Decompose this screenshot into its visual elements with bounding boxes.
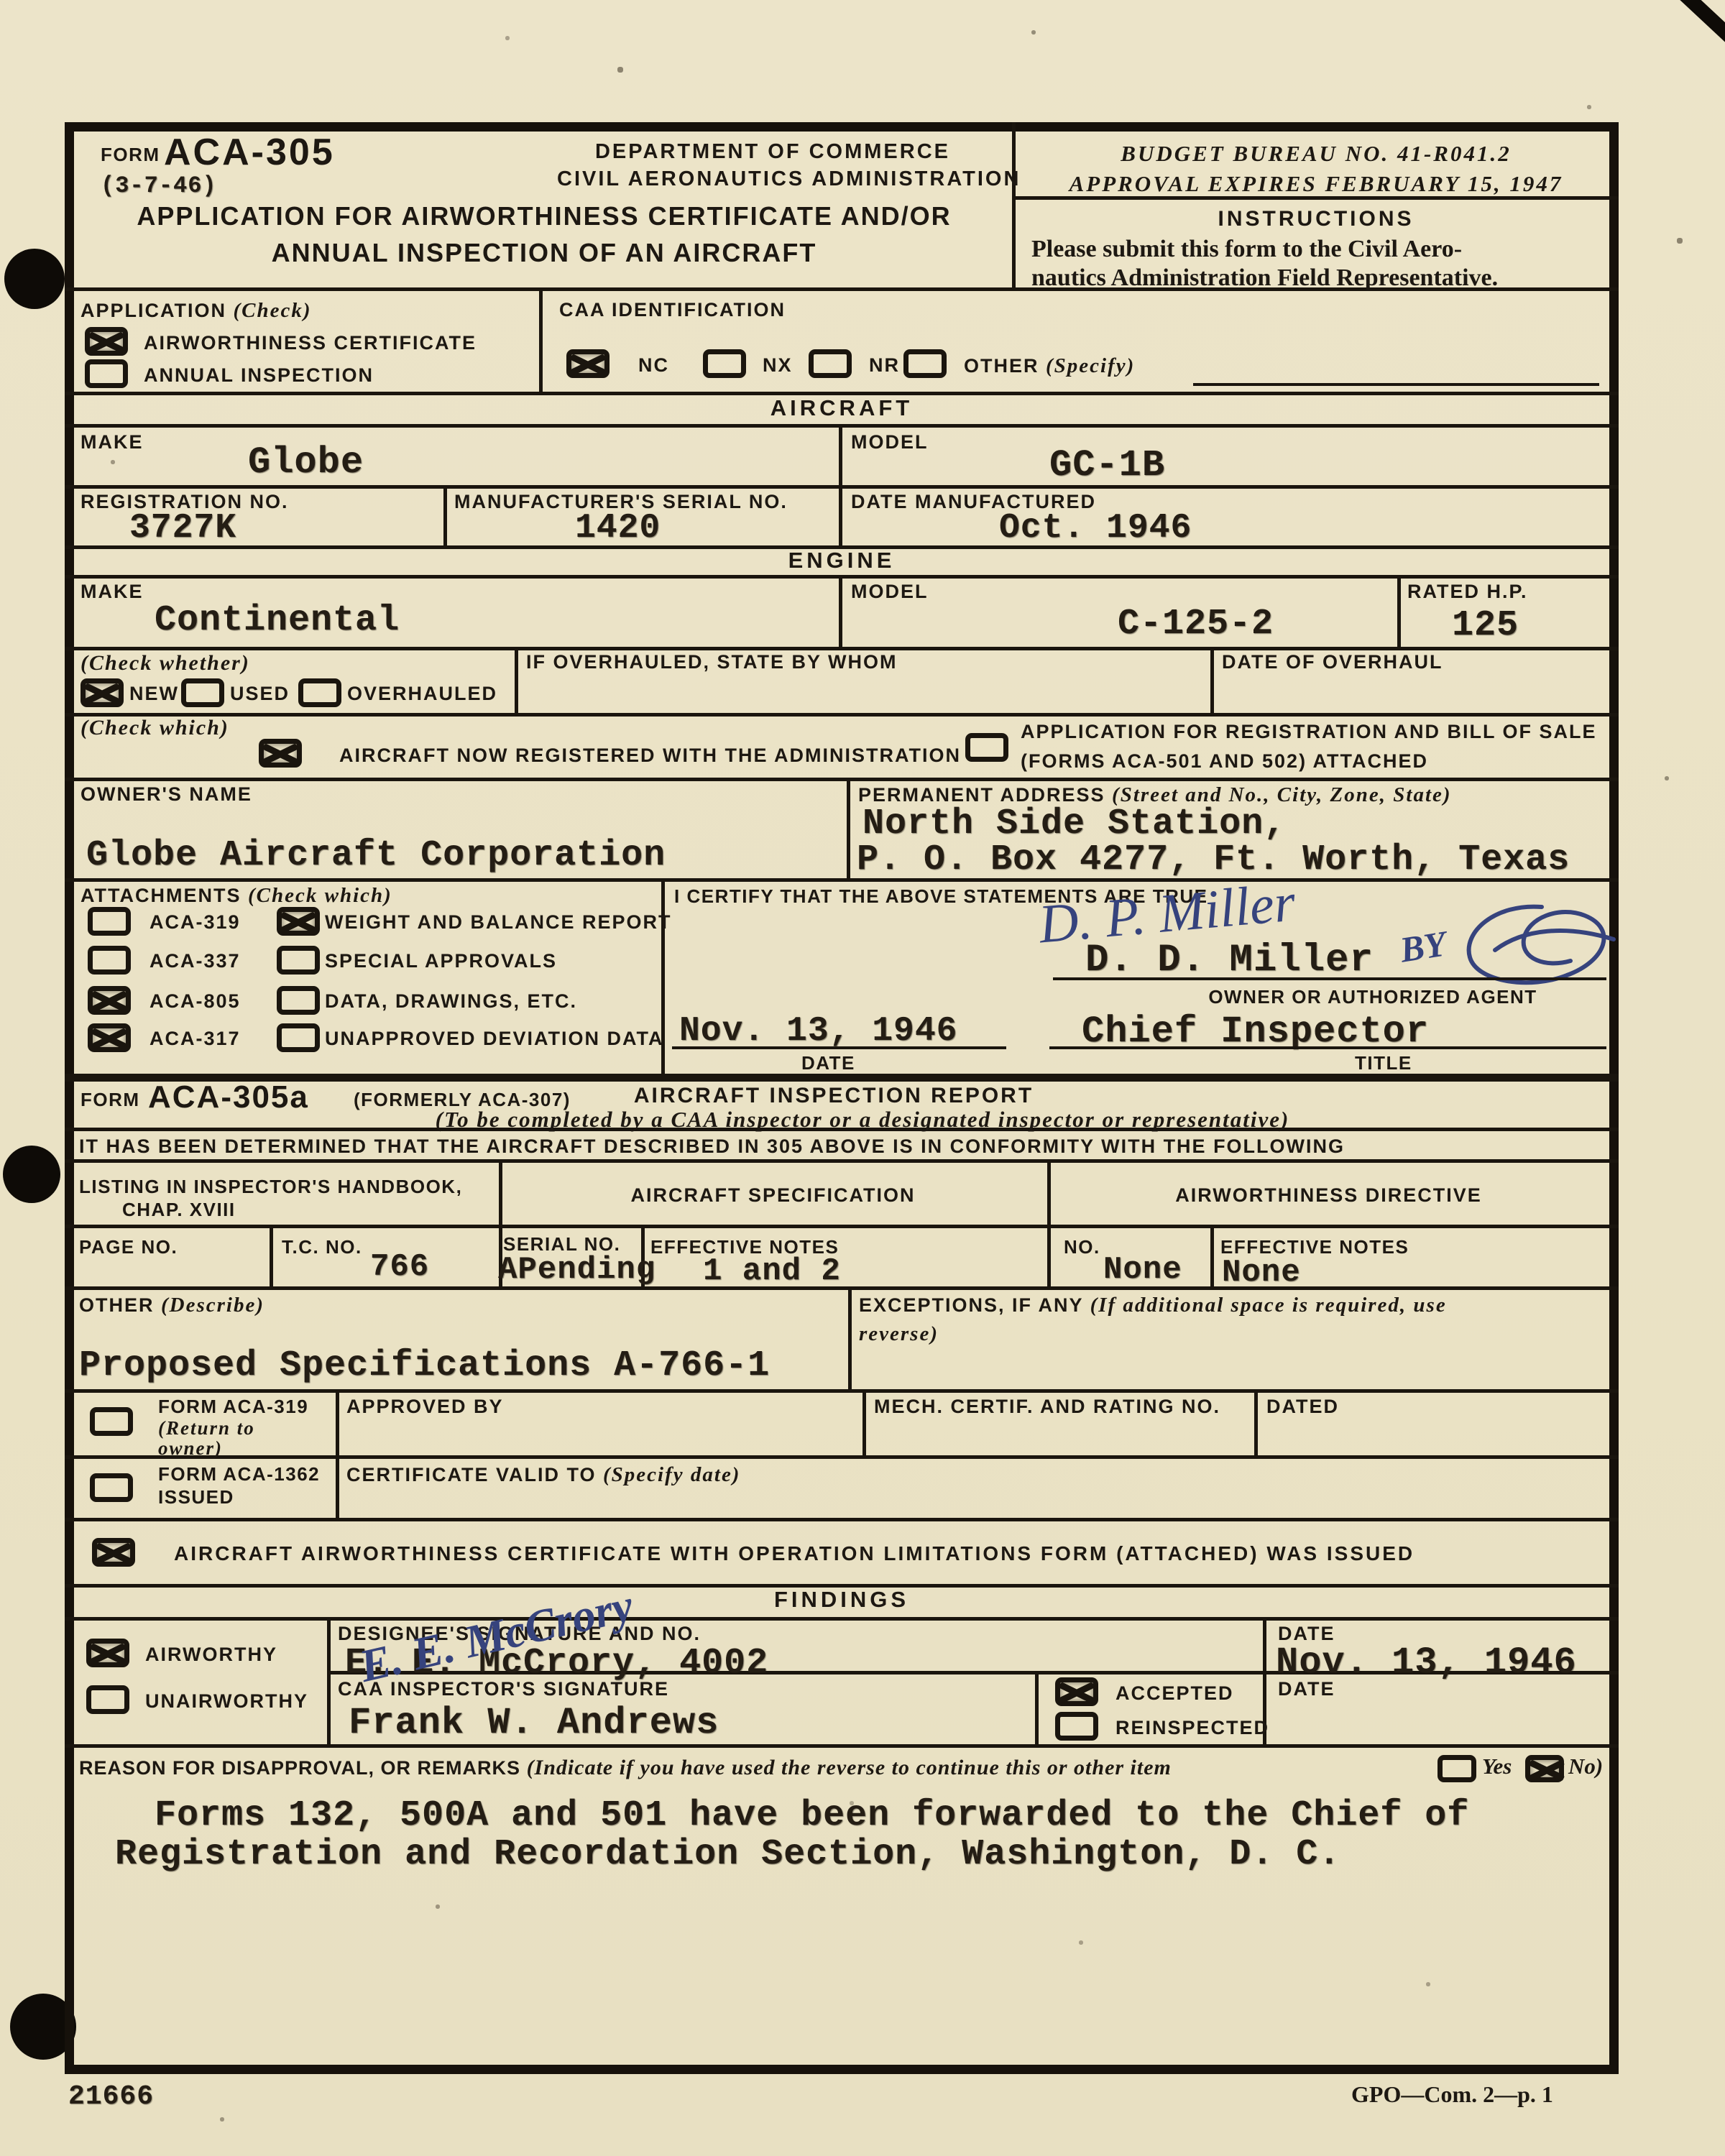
owner-signature-line bbox=[1053, 977, 1606, 980]
grid-line bbox=[839, 575, 842, 647]
instructions-title: INSTRUCTIONS bbox=[1021, 207, 1611, 231]
findings-section-banner: FINDINGS bbox=[65, 1587, 1619, 1613]
other-id-label-main: OTHER bbox=[964, 355, 1039, 377]
grid-line bbox=[539, 287, 543, 392]
engine-used-label: USED bbox=[230, 683, 290, 705]
owner-agent-label: OWNER OR AUTHORIZED AGENT bbox=[1121, 986, 1624, 1008]
budget-bureau-line2: APPROVAL EXPIRES FEBRUARY 15, 1947 bbox=[1021, 171, 1611, 197]
department-line2: CIVIL AERONAUTICS ADMINISTRATION bbox=[557, 167, 988, 191]
overhaul-date-label: DATE OF OVERHAUL bbox=[1222, 651, 1443, 673]
page-no-label: PAGE NO. bbox=[79, 1236, 178, 1258]
aca-337-label: ACA-337 bbox=[149, 950, 241, 972]
spec-serial-value: APending bbox=[498, 1252, 655, 1288]
engine-used-checkbox[interactable] bbox=[181, 678, 224, 707]
footer-serial: 21666 bbox=[68, 2081, 154, 2112]
findings-date2-label: DATE bbox=[1278, 1678, 1335, 1700]
registration-application-checkbox[interactable] bbox=[965, 733, 1008, 762]
unapproved-deviation-checkbox[interactable] bbox=[277, 1023, 320, 1052]
aircraft-model-label: MODEL bbox=[851, 431, 929, 453]
exceptions-label-main: EXCEPTIONS, IF ANY bbox=[859, 1294, 1083, 1316]
engine-make-value: Continental bbox=[155, 600, 400, 641]
grid-line bbox=[1210, 647, 1214, 713]
engine-overhauled-label: OVERHAULED bbox=[347, 683, 497, 705]
budget-bureau-line1: BUDGET BUREAU NO. 41-R041.2 bbox=[1021, 141, 1611, 167]
aca-805-label: ACA-805 bbox=[149, 990, 241, 1013]
rated-hp-value: 125 bbox=[1452, 605, 1519, 646]
owner-name-value: Globe Aircraft Corporation bbox=[86, 835, 666, 876]
tc-no-value: 766 bbox=[370, 1249, 429, 1285]
grid-line bbox=[65, 1286, 1619, 1290]
reason-remarks-label: REASON FOR DISAPPROVAL, OR REMARKS (Indi… bbox=[79, 1756, 1172, 1780]
reason-remarks-label-main: REASON FOR DISAPPROVAL, OR REMARKS bbox=[79, 1757, 520, 1779]
mech-certif-label: MECH. CERTIF. AND RATING NO. bbox=[874, 1396, 1220, 1418]
determination-statement: IT HAS BEEN DETERMINED THAT THE AIRCRAFT… bbox=[79, 1135, 1345, 1158]
grid-line bbox=[65, 713, 1619, 717]
form-title-line1: APPLICATION FOR AIRWORTHINESS CERTIFICAT… bbox=[113, 201, 975, 231]
check-which-label: (Check which) bbox=[80, 716, 229, 740]
col-listing-line1: LISTING IN INSPECTOR'S HANDBOOK, bbox=[79, 1176, 462, 1198]
aca-805-checkbox[interactable] bbox=[88, 986, 131, 1015]
overhauled-by-label: IF OVERHAULED, STATE BY WHOM bbox=[526, 651, 898, 673]
other-id-fill-line bbox=[1193, 383, 1599, 386]
grid-line bbox=[1254, 1389, 1258, 1455]
form-319-hint1: (Return to bbox=[158, 1417, 255, 1439]
inspection-title: AIRCRAFT INSPECTION REPORT bbox=[546, 1084, 1121, 1108]
nx-label: NX bbox=[763, 354, 793, 377]
grid-line bbox=[327, 1617, 331, 1744]
grid-line bbox=[65, 1617, 1619, 1621]
caa-inspector-signature-value: Frank W. Andrews bbox=[349, 1702, 719, 1744]
grid-line bbox=[65, 1389, 1619, 1393]
certificate-valid-label: CERTIFICATE VALID TO (Specify date) bbox=[346, 1463, 740, 1487]
airworthiness-certificate-checkbox[interactable] bbox=[85, 327, 128, 356]
registered-label: AIRCRAFT NOW REGISTERED WITH THE ADMINIS… bbox=[339, 745, 961, 767]
grid-line bbox=[839, 424, 842, 545]
aca-319-label: ACA-319 bbox=[149, 911, 241, 934]
col-directive: AIRWORTHINESS DIRECTIVE bbox=[1047, 1184, 1610, 1207]
form-1362-label2: ISSUED bbox=[158, 1486, 234, 1508]
directive-notes-value: None bbox=[1222, 1255, 1301, 1291]
certification-title-label: TITLE bbox=[1355, 1052, 1412, 1074]
hole-punch-middle bbox=[3, 1146, 60, 1203]
engine-new-label: NEW bbox=[129, 683, 179, 705]
form-title-line2: ANNUAL INSPECTION OF AN AIRCRAFT bbox=[113, 238, 975, 268]
grid-line bbox=[65, 1744, 1619, 1748]
dated-label: DATED bbox=[1266, 1396, 1339, 1418]
reverse-no-checkbox[interactable] bbox=[1525, 1755, 1564, 1782]
scanned-form-page: FORM ACA-305 (3-7-46) DEPARTMENT OF COMM… bbox=[0, 0, 1725, 2156]
owner-signature-typed: D. D. Miller bbox=[1085, 939, 1374, 982]
aca-317-label: ACA-317 bbox=[149, 1028, 241, 1050]
tc-no-label: T.C. NO. bbox=[282, 1236, 362, 1258]
grid-line bbox=[848, 1286, 852, 1389]
registration-application-line2: (FORMS ACA-501 AND 502) ATTACHED bbox=[1021, 750, 1428, 773]
registered-checkbox[interactable] bbox=[259, 739, 302, 768]
accepted-label: ACCEPTED bbox=[1115, 1682, 1234, 1705]
grid-line bbox=[65, 647, 1619, 650]
form-319-hint2: owner) bbox=[158, 1437, 223, 1460]
directive-no-label: NO. bbox=[1064, 1236, 1100, 1258]
application-label-main: APPLICATION bbox=[80, 300, 226, 321]
grid-line bbox=[65, 1455, 1619, 1459]
unapproved-deviation-label: UNAPPROVED DEVIATION DATA bbox=[325, 1028, 664, 1050]
date-manufactured-value: Oct. 1946 bbox=[999, 509, 1192, 548]
attachments-label-main: ATTACHMENTS bbox=[80, 885, 241, 906]
grid-line bbox=[1047, 1159, 1051, 1286]
aca-317-checkbox[interactable] bbox=[88, 1023, 131, 1052]
grid-line bbox=[1012, 122, 1016, 287]
rated-hp-label: RATED H.P. bbox=[1407, 581, 1528, 603]
nc-checkbox[interactable] bbox=[566, 349, 609, 378]
department-line1: DEPARTMENT OF COMMERCE bbox=[557, 140, 988, 164]
form-number: ACA-305 bbox=[164, 131, 335, 174]
exceptions-label-line1: EXCEPTIONS, IF ANY (If additional space … bbox=[859, 1294, 1447, 1317]
approved-by-label: APPROVED BY bbox=[346, 1396, 504, 1418]
other-id-label-hint: (Specify) bbox=[1046, 354, 1135, 377]
grid-line bbox=[443, 485, 447, 545]
certification-date-value: Nov. 13, 1946 bbox=[679, 1012, 957, 1051]
form-1362-label: FORM ACA-1362 bbox=[158, 1463, 320, 1485]
form-revision: (3-7-46) bbox=[101, 172, 217, 199]
grid-line bbox=[65, 1225, 1619, 1228]
form-number-label: FORM bbox=[101, 144, 160, 166]
other-describe-label: OTHER (Describe) bbox=[79, 1294, 264, 1317]
col-listing-line2: CHAP. XVIII bbox=[122, 1199, 236, 1221]
grid-line bbox=[65, 778, 1619, 781]
spec-notes-value: 1 and 2 bbox=[703, 1253, 841, 1289]
inspection-subtitle: (To be completed by a CAA inspector or a… bbox=[180, 1107, 1545, 1133]
exceptions-label-line2: reverse) bbox=[859, 1322, 939, 1346]
reverse-yes-label: Yes bbox=[1482, 1754, 1512, 1779]
certificate-valid-label-hint: (Specify date) bbox=[603, 1463, 740, 1486]
owner-name-label: OWNER'S NAME bbox=[80, 783, 252, 806]
engine-new-checkbox[interactable] bbox=[80, 678, 124, 707]
other-describe-value: Proposed Specifications A-766-1 bbox=[79, 1345, 770, 1386]
aircraft-model-value: GC-1B bbox=[1049, 444, 1165, 487]
other-id-checkbox[interactable] bbox=[903, 349, 947, 378]
attachments-label-hint: (Check which) bbox=[248, 884, 392, 907]
grid-line bbox=[862, 1389, 866, 1455]
application-label: APPLICATION (Check) bbox=[80, 299, 312, 323]
other-describe-label-hint: (Describe) bbox=[161, 1294, 264, 1317]
form-1362-checkbox[interactable] bbox=[90, 1473, 133, 1502]
special-approvals-checkbox[interactable] bbox=[277, 946, 320, 975]
reinspected-label: REINSPECTED bbox=[1115, 1717, 1269, 1739]
airworthy-label: AIRWORTHY bbox=[145, 1644, 277, 1666]
weight-balance-label: WEIGHT AND BALANCE REPORT bbox=[325, 911, 672, 934]
aircraft-section-banner: AIRCRAFT bbox=[65, 395, 1619, 421]
owner-address-line2: P. O. Box 4277, Ft. Worth, Texas bbox=[857, 839, 1570, 880]
remarks-line2: Registration and Recordation Section, Wa… bbox=[115, 1834, 1340, 1875]
grid-line bbox=[1210, 1225, 1214, 1286]
page-corner-mark bbox=[1665, 0, 1725, 65]
grid-line bbox=[65, 1159, 1619, 1163]
attachments-label: ATTACHMENTS (Check which) bbox=[80, 884, 392, 908]
aca-319-checkbox[interactable] bbox=[88, 907, 131, 936]
reverse-yes-checkbox[interactable] bbox=[1437, 1755, 1476, 1782]
engine-make-label: MAKE bbox=[80, 581, 144, 603]
certification-date-label: DATE bbox=[801, 1052, 855, 1074]
certificate-valid-label-main: CERTIFICATE VALID TO bbox=[346, 1464, 597, 1485]
reinspected-checkbox[interactable] bbox=[1055, 1712, 1098, 1741]
aircraft-make-label: MAKE bbox=[80, 431, 144, 453]
accepted-checkbox[interactable] bbox=[1055, 1677, 1098, 1706]
nr-label: NR bbox=[869, 354, 900, 377]
grid-line bbox=[515, 647, 518, 713]
weight-balance-checkbox[interactable] bbox=[277, 907, 320, 936]
owner-address-line1: North Side Station, bbox=[862, 803, 1286, 844]
grid-line bbox=[336, 1389, 339, 1518]
other-describe-label-main: OTHER bbox=[79, 1294, 155, 1316]
hole-punch-top bbox=[4, 249, 65, 309]
data-drawings-label: DATA, DRAWINGS, ETC. bbox=[325, 990, 577, 1013]
engine-model-value: C-125-2 bbox=[1118, 604, 1274, 645]
registration-no-value: 3727K bbox=[129, 509, 236, 548]
engine-section-banner: ENGINE bbox=[65, 548, 1619, 573]
annual-inspection-label: ANNUAL INSPECTION bbox=[144, 364, 374, 387]
certificate-issued-checkbox[interactable] bbox=[92, 1538, 135, 1567]
aca-337-checkbox[interactable] bbox=[88, 946, 131, 975]
airworthiness-certificate-label: AIRWORTHINESS CERTIFICATE bbox=[144, 332, 477, 354]
grid-line bbox=[1035, 1671, 1039, 1744]
mfr-serial-no-value: 1420 bbox=[575, 509, 661, 548]
grid-line bbox=[270, 1225, 273, 1286]
exceptions-label-hint1: (If additional space is required, use bbox=[1090, 1294, 1447, 1317]
instructions-line1: Please submit this form to the Civil Aer… bbox=[1031, 236, 1462, 263]
certificate-issued-label: AIRCRAFT AIRWORTHINESS CERTIFICATE WITH … bbox=[174, 1542, 1414, 1565]
inspection-form-label: FORM bbox=[80, 1089, 140, 1111]
grid-line bbox=[65, 1518, 1619, 1521]
special-approvals-label: SPECIAL APPROVALS bbox=[325, 950, 557, 972]
scan-noise bbox=[0, 0, 1, 1]
grid-line bbox=[847, 778, 850, 878]
engine-model-label: MODEL bbox=[851, 581, 929, 603]
col-specification: AIRCRAFT SPECIFICATION bbox=[499, 1184, 1047, 1207]
nc-label: NC bbox=[638, 354, 669, 377]
footer-gpo: GPO—Com. 2—p. 1 bbox=[1351, 2081, 1553, 2108]
reason-remarks-label-hint: (Indicate if you have used the reverse t… bbox=[527, 1756, 1172, 1779]
registration-application-line1: APPLICATION FOR REGISTRATION AND BILL OF… bbox=[1021, 721, 1597, 743]
reverse-no-label: No) bbox=[1568, 1754, 1603, 1779]
grid-line bbox=[1397, 575, 1401, 647]
remarks-line1: Forms 132, 500A and 501 have been forwar… bbox=[155, 1795, 1469, 1836]
unairworthy-checkbox[interactable] bbox=[86, 1685, 129, 1714]
data-drawings-checkbox[interactable] bbox=[277, 986, 320, 1015]
caa-identification-label: CAA IDENTIFICATION bbox=[559, 299, 786, 321]
nx-checkbox[interactable] bbox=[703, 349, 746, 378]
engine-condition-label: (Check whether) bbox=[80, 651, 250, 676]
caa-inspector-signature-label: CAA INSPECTOR'S SIGNATURE bbox=[338, 1678, 669, 1700]
airworthy-checkbox[interactable] bbox=[86, 1639, 129, 1667]
other-id-label: OTHER (Specify) bbox=[964, 354, 1135, 378]
form-319-label: FORM ACA-319 bbox=[158, 1396, 308, 1418]
application-label-hint: (Check) bbox=[234, 299, 312, 322]
form-319-checkbox[interactable] bbox=[90, 1407, 133, 1436]
aircraft-make-value: Globe bbox=[248, 441, 364, 484]
certification-date-line bbox=[672, 1046, 1006, 1049]
annual-inspection-checkbox[interactable] bbox=[85, 359, 128, 388]
nr-checkbox[interactable] bbox=[809, 349, 852, 378]
certification-title-line bbox=[1049, 1046, 1606, 1049]
owner-signature-by: BY bbox=[1397, 922, 1449, 970]
unairworthy-label: UNAIRWORTHY bbox=[145, 1690, 308, 1713]
engine-overhauled-checkbox[interactable] bbox=[298, 678, 341, 707]
permanent-address-label-main: PERMANENT ADDRESS bbox=[858, 784, 1105, 806]
directive-no-value: None bbox=[1103, 1252, 1182, 1288]
instructions-line2: nautics Administration Field Representat… bbox=[1031, 264, 1498, 292]
